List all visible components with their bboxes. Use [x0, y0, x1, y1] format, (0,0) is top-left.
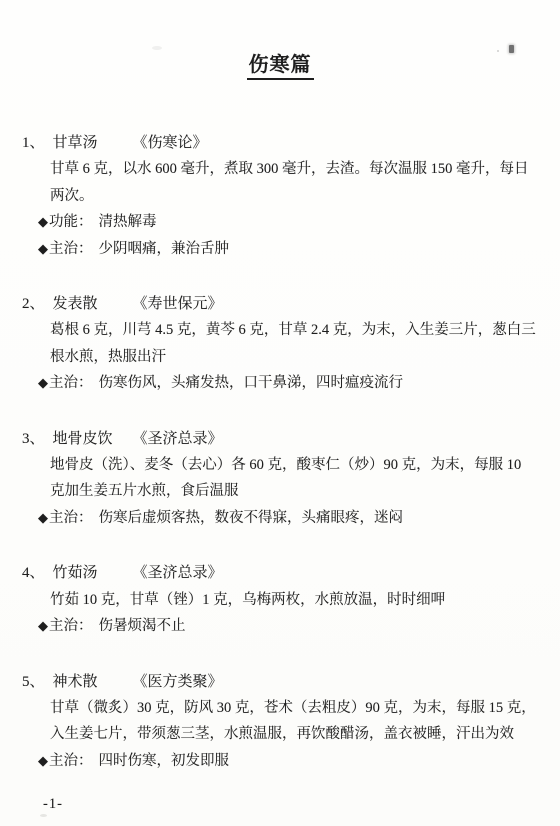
remedy-heading: 2、 发表散 《寿世保元》 [22, 291, 538, 317]
remedy-section: 3、 地骨皮饮 《圣济总录》 地骨皮（洗）、麦冬（去心）各 60 克，酸枣仁（炒… [22, 426, 538, 532]
section-number: 1、 [22, 130, 45, 156]
section-number: 4、 [22, 560, 45, 586]
remedy-heading: 4、 竹茹汤 《圣济总录》 [22, 560, 538, 586]
note-text: 伤寒后虚烦客热，数夜不得寐，头痛眼疼，迷闷 [99, 505, 539, 531]
remedy-name: 地骨皮饮 [53, 426, 133, 452]
diamond-bullet-icon: ◆ [38, 505, 48, 531]
page-number: -1- [43, 796, 63, 813]
note-text: 四时伤寒，初发即服 [99, 748, 539, 774]
document-body: 1、 甘草汤 《伤寒论》 甘草 6 克，以水 600 毫升，煮取 300 毫升，… [0, 130, 560, 774]
recipe-text: 甘草 6 克，以水 600 毫升，煮取 300 毫升，去渣。每次温服 150 毫… [50, 156, 538, 209]
remedy-section: 1、 甘草汤 《伤寒论》 甘草 6 克，以水 600 毫升，煮取 300 毫升，… [22, 130, 538, 262]
title-block: 伤寒篇 [0, 0, 560, 80]
note-text: 伤寒伤风，头痛发热，口干鼻涕，四时瘟疫流行 [99, 370, 539, 396]
indication-note: ◆ 主治： 伤寒伤风，头痛发热，口干鼻涕，四时瘟疫流行 [38, 370, 538, 396]
note-text: 少阴咽痛，兼治舌肿 [99, 236, 539, 262]
note-label: 主治： [49, 613, 93, 639]
indication-note: ◆ 主治： 四时伤寒，初发即服 [38, 748, 538, 774]
section-number: 5、 [22, 669, 45, 695]
note-label: 主治： [49, 505, 93, 531]
note-label: 主治： [49, 370, 93, 396]
remedy-heading: 5、 神术散 《医方类聚》 [22, 669, 538, 695]
diamond-bullet-icon: ◆ [38, 236, 48, 262]
recipe-text: 地骨皮（洗）、麦冬（去心）各 60 克，酸枣仁（炒）90 克，为末，每服 10 … [50, 452, 538, 505]
remedy-name: 竹茹汤 [53, 560, 133, 586]
indication-note: ◆ 主治： 少阴咽痛，兼治舌肿 [38, 236, 538, 262]
remedy-section: 2、 发表散 《寿世保元》 葛根 6 克，川芎 4.5 克，黄芩 6 克，甘草 … [22, 291, 538, 397]
remedy-section: 5、 神术散 《医方类聚》 甘草（微炙）30 克，防风 30 克，苍术（去粗皮）… [22, 669, 538, 775]
recipe-text: 甘草（微炙）30 克，防风 30 克，苍术（去粗皮）90 克，为末，每服 15 … [50, 695, 538, 748]
note-text: 伤暑烦渴不止 [99, 613, 539, 639]
recipe-text: 竹茹 10 克，甘草（锉）1 克，乌梅两枚，水煎放温，时时细呷 [50, 587, 538, 613]
remedy-section: 4、 竹茹汤 《圣济总录》 竹茹 10 克，甘草（锉）1 克，乌梅两枚，水煎放温… [22, 560, 538, 639]
page-title: 伤寒篇 [247, 48, 314, 80]
note-label: 功能： [49, 209, 93, 235]
source-title: 《伤寒论》 [133, 130, 208, 156]
note-text: 清热解毒 [99, 209, 539, 235]
remedy-name: 甘草汤 [53, 130, 133, 156]
note-label: 主治： [49, 748, 93, 774]
source-title: 《医方类聚》 [133, 669, 223, 695]
source-title: 《圣济总录》 [133, 426, 223, 452]
remedy-name: 发表散 [53, 291, 133, 317]
remedy-heading: 1、 甘草汤 《伤寒论》 [22, 130, 538, 156]
scan-artifact-speck [40, 814, 47, 817]
function-note: ◆ 功能： 清热解毒 [38, 209, 538, 235]
note-label: 主治： [49, 236, 93, 262]
diamond-bullet-icon: ◆ [38, 370, 48, 396]
remedy-name: 神术散 [53, 669, 133, 695]
recipe-text: 葛根 6 克，川芎 4.5 克，黄芩 6 克，甘草 2.4 克，为末，入生姜三片… [50, 317, 538, 370]
remedy-heading: 3、 地骨皮饮 《圣济总录》 [22, 426, 538, 452]
indication-note: ◆ 主治： 伤寒后虚烦客热，数夜不得寐，头痛眼疼，迷闷 [38, 505, 538, 531]
source-title: 《圣济总录》 [133, 560, 223, 586]
scanned-document-page: 伤寒篇 1、 甘草汤 《伤寒论》 甘草 6 克，以水 600 毫升，煮取 300… [0, 0, 560, 826]
diamond-bullet-icon: ◆ [38, 748, 48, 774]
indication-note: ◆ 主治： 伤暑烦渴不止 [38, 613, 538, 639]
source-title: 《寿世保元》 [133, 291, 223, 317]
section-number: 3、 [22, 426, 45, 452]
section-number: 2、 [22, 291, 45, 317]
diamond-bullet-icon: ◆ [38, 209, 48, 235]
diamond-bullet-icon: ◆ [38, 613, 48, 639]
